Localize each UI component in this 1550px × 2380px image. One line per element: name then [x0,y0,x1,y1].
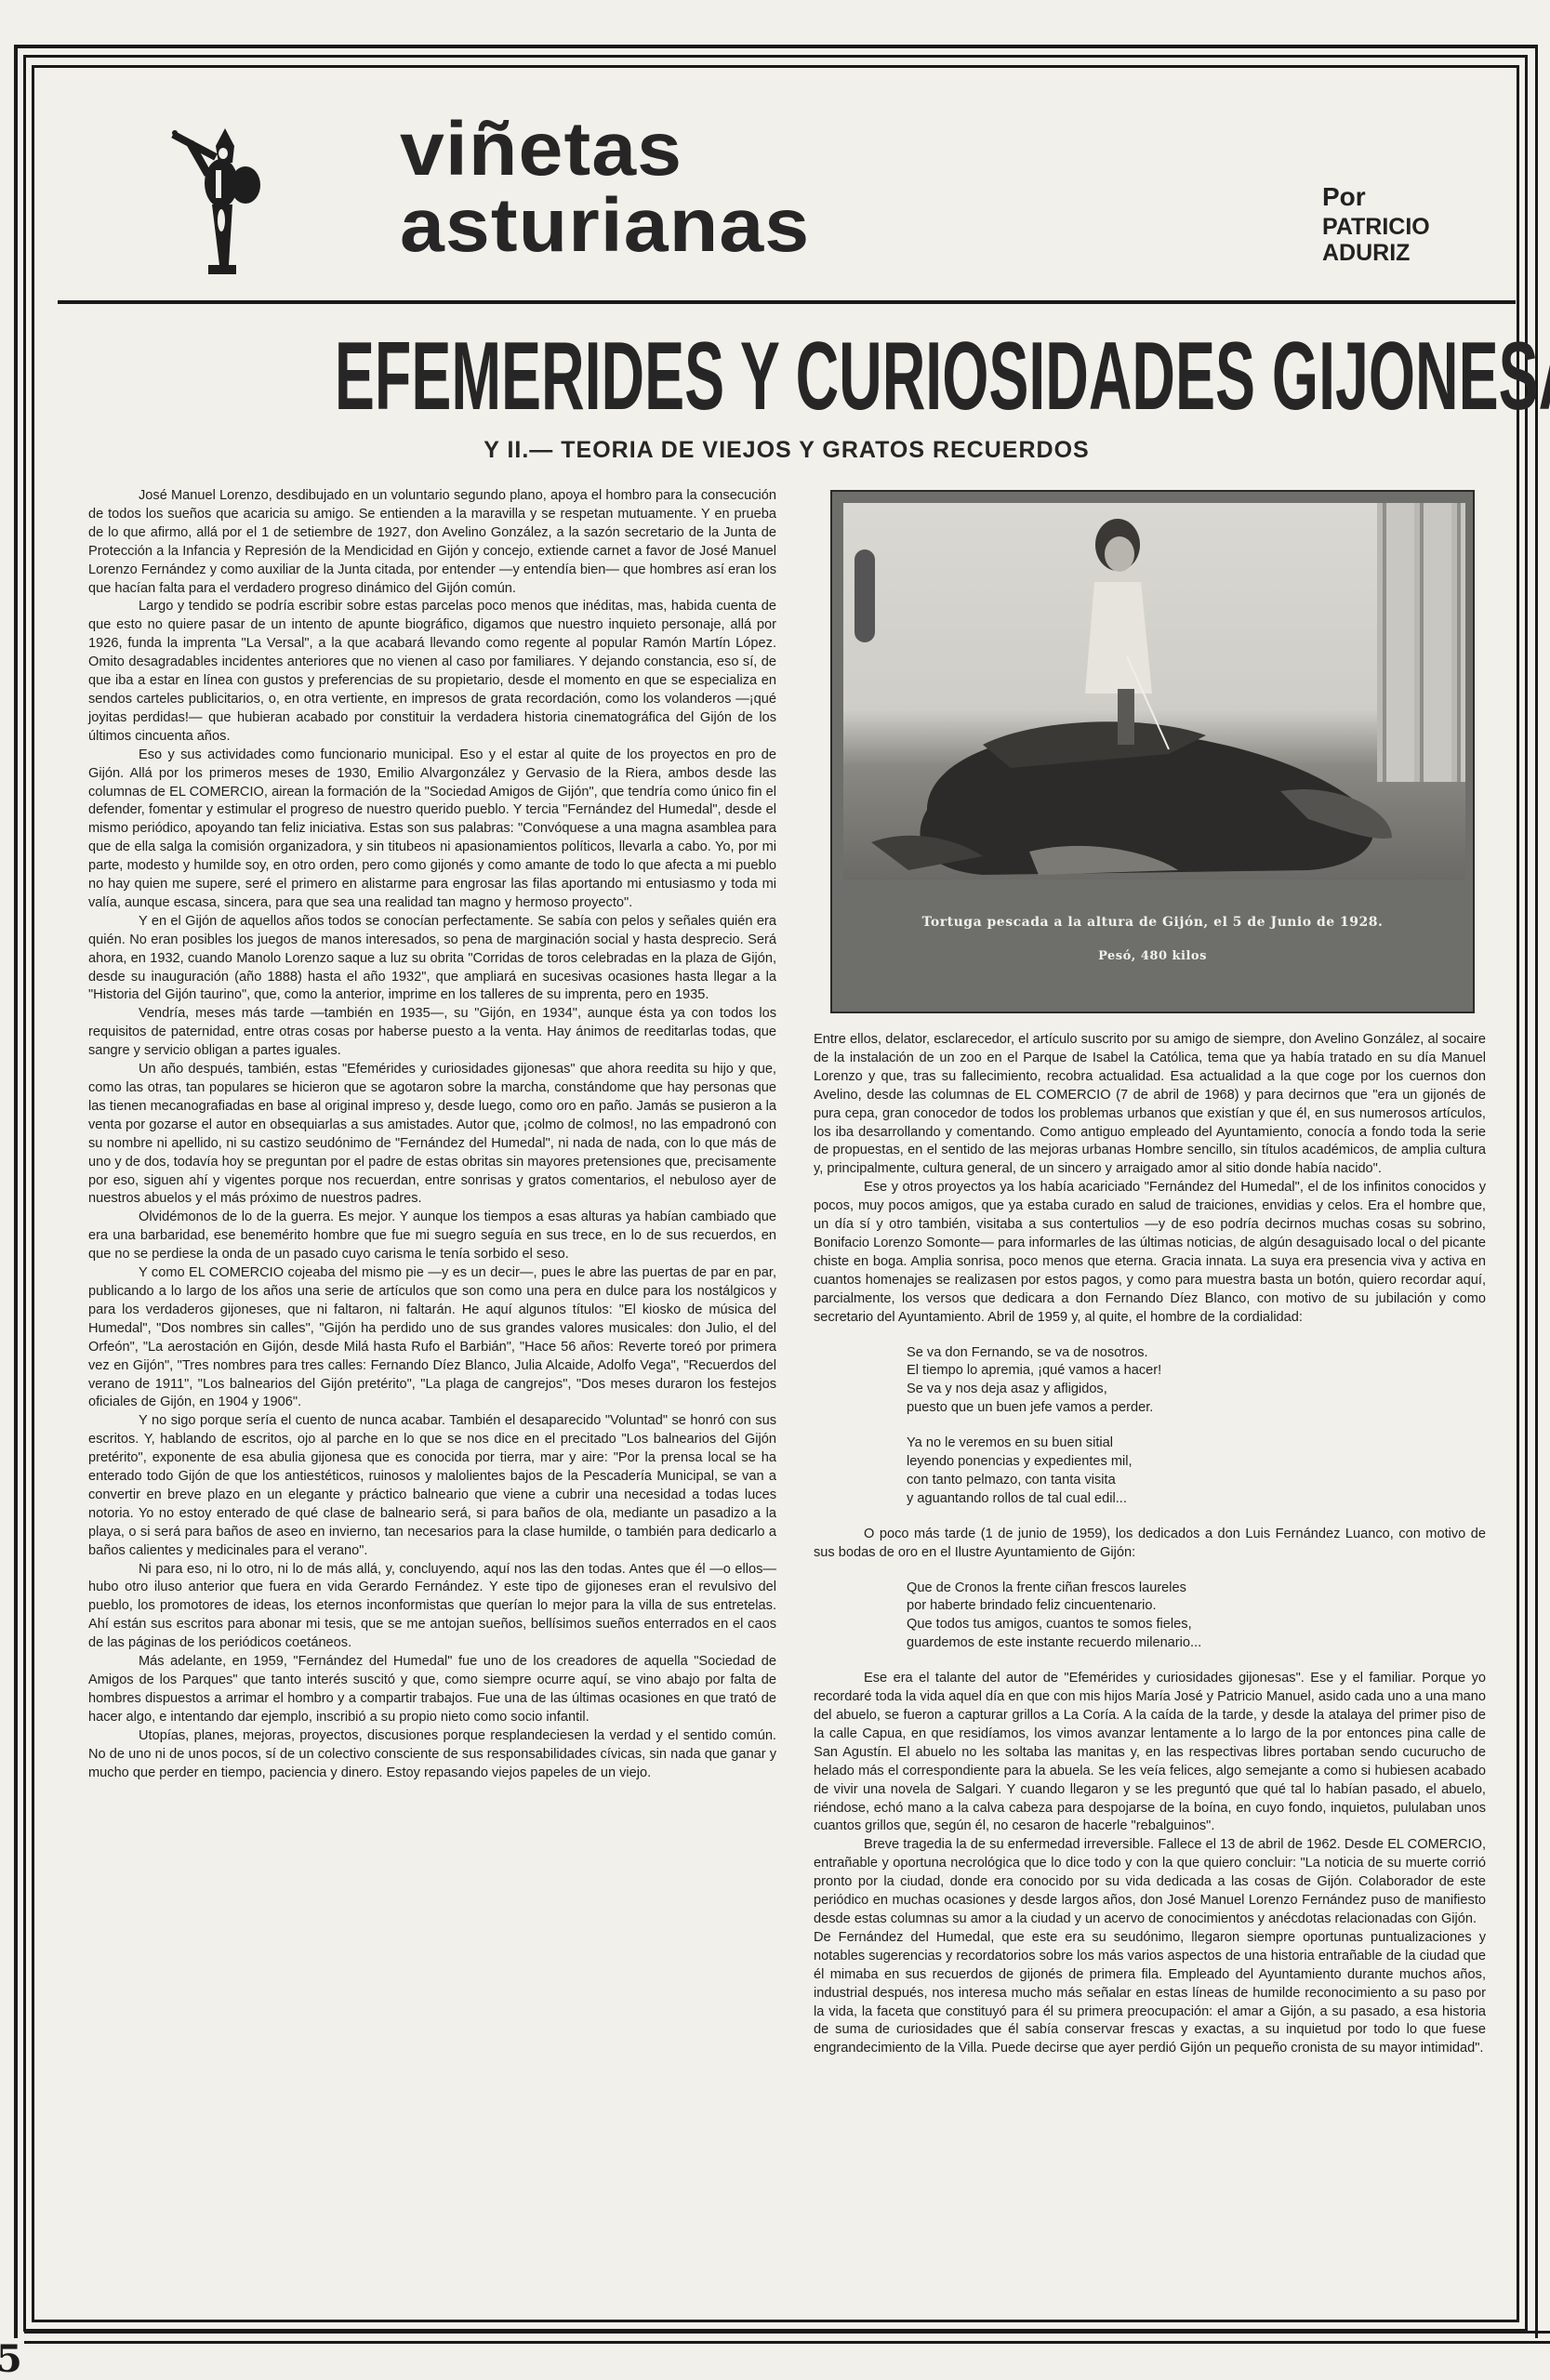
paragraph: Y en el Gijón de aquellos años todos se … [88,913,776,1006]
paragraph: Entre ellos, delator, esclarecedor, el a… [814,1031,1486,1179]
photo-caption-weight: Pesó, 480 kilos [832,949,1473,963]
left-column: José Manuel Lorenzo, desdibujado en un v… [88,487,776,1782]
turtle-photo: Tortuga pescada a la altura de Gijón, el… [830,490,1475,1013]
paragraph: Eso y sus actividades como funcionario m… [88,747,776,913]
verse-stanza: Ya no le veremos en su buen sitial leyen… [907,1435,1486,1509]
verse-line: leyendo ponencias y expedientes mil, [907,1453,1486,1472]
byline-author-first: PATRICIO [1322,214,1430,240]
verse-line: guardemos de este instante recuerdo mile… [907,1634,1486,1653]
verse-block: Se va don Fernando, se va de nosotros. E… [814,1344,1486,1509]
verse-line: Que todos tus amigos, cuantos te somos f… [907,1616,1486,1634]
verse-line: Ya no le veremos en su buen sitial [907,1435,1486,1453]
paragraph: José Manuel Lorenzo, desdibujado en un v… [88,487,776,598]
paragraph: Utopías, planes, mejoras, proyectos, dis… [88,1727,776,1783]
paragraph: Y no sigo porque sería el cuento de nunc… [88,1412,776,1560]
paragraph: Breve tragedia la de su enfermedad irrev… [814,1836,1486,1929]
verse-line: y aguantando rollos de tal cual edil... [907,1490,1486,1509]
paragraph: Ese y otros proyectos ya los había acari… [814,1179,1486,1327]
article-subtitle: Y II.— TEORIA DE VIEJOS Y GRATOS RECUERD… [58,437,1516,464]
verse-line: por haberte brindado feliz cincuentenari… [907,1597,1486,1616]
verse-line: con tanto pelmazo, con tanta visita [907,1472,1486,1490]
paragraph: Más adelante, en 1959, "Fernández del Hu… [88,1653,776,1727]
byline: Por PATRICIO ADURIZ [1322,184,1430,266]
series-title: viñetas asturianas [400,112,790,264]
paragraph: Y como EL COMERCIO cojeaba del mismo pie… [88,1264,776,1412]
photo-wall-mark [854,549,875,642]
bagpiper-figure-icon [167,126,270,284]
verse-line: puesto que un buen jefe vamos a perder. [907,1399,1486,1418]
bottom-rule [24,2331,1550,2334]
article-headline: EFEMERIDES Y CURIOSIDADES GIJONESAS [335,325,1239,428]
paragraph: Vendría, meses más tarde —también en 193… [88,1005,776,1061]
verse-stanza: Que de Cronos la frente ciñan frescos la… [907,1580,1486,1654]
paragraph: De Fernández del Humedal, que este era s… [814,1929,1486,2058]
paragraph: Olvidémonos de lo de la guerra. Es mejor… [88,1209,776,1264]
paragraph: O poco más tarde (1 de junio de 1959), l… [814,1526,1486,1563]
verse-line: Que de Cronos la frente ciñan frescos la… [907,1580,1486,1598]
series-title-line2: asturianas [400,188,810,264]
headline-text: EFEMERIDES Y CURIOSIDADES GIJONESAS [335,325,1550,428]
byline-prefix: Por [1322,184,1430,210]
photo-scene [843,503,1465,879]
photo-caption: Tortuga pescada a la altura de Gijón, el… [832,915,1473,930]
page-number: 5 [0,2341,22,2378]
verse-line: Se va don Fernando, se va de nosotros. [907,1344,1486,1363]
series-title-line1: viñetas [400,112,810,188]
paragraph: Ese era el talante del autor de "Efeméri… [814,1670,1486,1836]
verse-line: El tiempo lo apremia, ¡qué vamos a hacer… [907,1362,1486,1381]
paragraph: Largo y tendido se podría escribir sobre… [88,598,776,746]
header-divider [58,300,1516,304]
paragraph: Ni para eso, ni lo otro, ni lo de más al… [88,1561,776,1654]
girl-figure-icon [1066,517,1178,759]
verse-line: Se va y nos deja asaz y afligidos, [907,1381,1486,1399]
paragraph: Un año después, también, estas "Efemérid… [88,1061,776,1209]
verse-block: Que de Cronos la frente ciñan frescos la… [814,1580,1486,1654]
byline-author-last: ADURIZ [1322,240,1430,266]
bottom-rule [24,2341,1550,2344]
verse-stanza: Se va don Fernando, se va de nosotros. E… [907,1344,1486,1419]
right-column: Entre ellos, delator, esclarecedor, el a… [814,1031,1486,2058]
